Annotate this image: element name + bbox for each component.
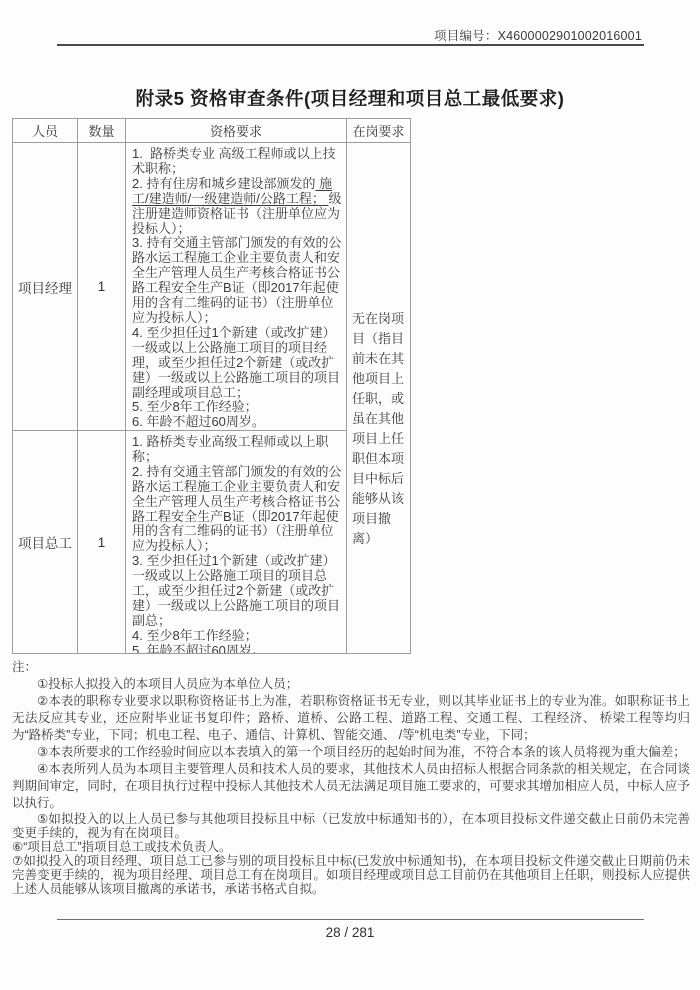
requirement-item: 4. 至少8年工作经验；: [132, 629, 342, 644]
column-header-quantity: 数量: [78, 119, 126, 143]
project-number: 项目编号：X4600002901002016001: [434, 26, 642, 44]
requirement-item: 1. 路桥类专业 高级工程师或以上技术职称；: [132, 147, 342, 177]
qualification-table: 人员 数量 资格要求 在岗要求 项目经理 1 1. 路桥类专业 高级工程师或以上…: [12, 118, 411, 654]
notes-section: 注： ①投标人拟投入的本项目人员应为本单位人员； ②本表的职称专业要求以职称资格…: [12, 659, 690, 896]
note-item-3: ③本表所要求的工作经验时间应以本表填入的第一个项目经历的起始时间为准，不符合本条…: [12, 744, 690, 761]
requirement-item: 3. 持有交通主管部门颁发的有效的公路水运工程施工企业主要负责人和安全生产管理人…: [132, 236, 342, 325]
requirement-prefix: 2. 持有住房和城乡建设部颁发的: [132, 176, 315, 191]
requirement-item: 5. 年龄不超过60周岁。: [132, 644, 342, 653]
footer-rule: [57, 919, 644, 920]
page-title: 附录5 资格审查条件(项目经理和项目总工最低要求): [0, 85, 700, 111]
column-header-requirements: 资格要求: [126, 119, 347, 143]
requirement-item: 2. 持有交通主管部门颁发的有效的公路水运工程施工企业主要负责人和安全生产管理人…: [132, 465, 342, 554]
column-header-onduty: 在岗要求: [347, 119, 410, 143]
quantity-cell-project-manager: 1: [78, 143, 126, 431]
person-cell-project-manager: 项目经理: [13, 143, 78, 431]
requirements-cell-project-manager: 1. 路桥类专业 高级工程师或以上技术职称； 2. 持有住房和城乡建设部颁发的 …: [126, 143, 347, 431]
onduty-requirement-cell: 无在岗项目（指目前未在其他项目上任职，或虽在其他项目上任职但本项目中标后能够从该…: [347, 143, 410, 653]
header-rule: [57, 44, 644, 46]
page-number: 28 / 281: [0, 925, 700, 940]
column-header-person: 人员: [13, 119, 78, 143]
note-item-5: ⑤如拟投入的以上人员已参与其他项目投标且中标（已发放中标通知书的），在本项目投标…: [12, 812, 690, 840]
note-item-1: ①投标人拟投入的本项目人员应为本单位人员；: [12, 676, 690, 693]
note-item-7: ⑦如拟投入的项目经理、项目总工已参与别的项目投标且中标(已发放中标通知书)，在本…: [12, 854, 690, 896]
requirement-item: 6. 年龄不超过60周岁。: [132, 415, 342, 430]
requirement-item: 2. 持有住房和城乡建设部颁发的 施工/建造师/一级建造师/公路工程； 级注册建…: [132, 177, 342, 237]
note-item-2: ②本表的职称专业要求以职称资格证书上为准，若职称资格证书无专业，则以其毕业证书上…: [12, 693, 690, 744]
requirement-item: 4. 至少担任过1个新建（或改扩建）一级或以上公路施工项目的项目经理，或至少担任…: [132, 326, 342, 401]
person-cell-chief-engineer: 项目总工: [13, 431, 78, 653]
requirement-item: 1. 路桥类专业高级工程师或以上职称；: [132, 435, 342, 465]
document-page: 项目编号：X4600002901002016001 附录5 资格审查条件(项目经…: [0, 0, 700, 990]
requirements-cell-chief-engineer: 1. 路桥类专业高级工程师或以上职称； 2. 持有交通主管部门颁发的有效的公路水…: [126, 431, 347, 653]
requirement-item: 3. 至少担任过1个新建（或改扩建）一级或以上公路施工项目的项目总工，或至少担任…: [132, 554, 342, 629]
requirement-item: 5. 至少8年工作经验；: [132, 400, 342, 415]
quantity-cell-chief-engineer: 1: [78, 431, 126, 653]
note-item-6: ⑥“项目总工”指项目总工或技术负责人。: [12, 840, 690, 854]
note-item-4: ④本表所列人员为本项目主要管理人员和技术人员的要求，其他技术人员由招标人根据合同…: [12, 761, 690, 812]
notes-label: 注：: [12, 659, 690, 676]
